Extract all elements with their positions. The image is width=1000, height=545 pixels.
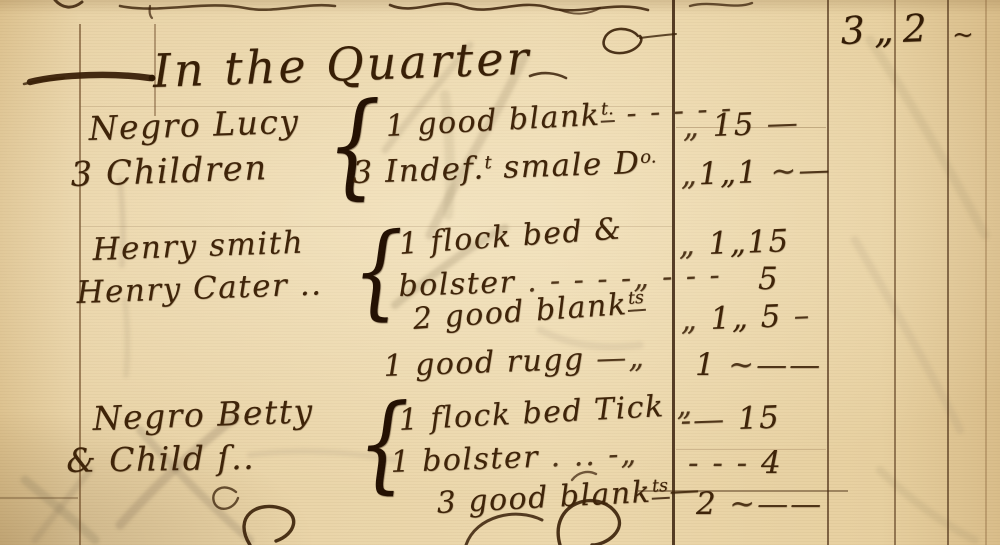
amount: 15 xyxy=(737,400,781,437)
entry-name-text: 3 Children xyxy=(70,148,268,195)
entry-name-text: & Child ſ.. xyxy=(66,438,255,480)
entry-brace: { xyxy=(352,225,404,318)
amount: 15 xyxy=(712,106,756,143)
entry-name-text: Negro Betty xyxy=(92,391,314,438)
item-superscript: o. xyxy=(640,146,657,168)
amount: 1„1 xyxy=(698,154,759,192)
item-line: 3 Indef.t smale Do. xyxy=(352,147,657,189)
dash-tail: ~—— xyxy=(716,347,822,383)
entry-name-text: Henry smith xyxy=(92,225,305,268)
amount: 2 xyxy=(696,486,717,522)
item-text: 1 flock bed Tick xyxy=(398,389,666,438)
dash-tail: ~—— xyxy=(717,486,823,522)
item-amount-line: „1„1 ~— xyxy=(680,155,832,191)
item-amount-line: „ 15 — xyxy=(682,108,800,143)
entry-name: Negro Lucy xyxy=(88,105,300,145)
amount: 1„ 5 xyxy=(710,298,783,336)
total-value: 3„2 xyxy=(840,6,937,53)
entry-name: Negro Betty xyxy=(92,394,314,435)
quarter-total-tail-mark: ~ xyxy=(952,22,974,48)
item-amount-line: „ 1„ 5 – xyxy=(680,300,812,336)
entry-name: 3 Children xyxy=(70,151,268,192)
item-text: smale D xyxy=(491,145,641,186)
column-rule-money-2 xyxy=(894,0,896,545)
page-edge-crease xyxy=(985,0,987,545)
item-text: 1 bolster xyxy=(390,440,540,480)
item-line: 1 flock bed Tick „ xyxy=(398,391,694,436)
amount: 4 xyxy=(761,445,782,481)
entry-name: Henry Cater .. xyxy=(76,269,323,309)
item-amount-line: 2 ~—— xyxy=(696,489,823,520)
item-line: 1 good rugg —„ xyxy=(383,343,646,382)
amount: 5 xyxy=(758,261,779,297)
quarter-total-amount: 3„2 xyxy=(840,9,936,50)
dot-leader: —„ xyxy=(584,340,646,377)
item-text: 3 good blank xyxy=(436,475,652,521)
ditto-squiggle: ~ xyxy=(952,20,974,50)
faint-rule xyxy=(0,497,78,499)
item-amount-line: 5 xyxy=(758,264,779,295)
amount: 1 xyxy=(695,347,716,383)
item-text: 1 flock bed & xyxy=(398,211,624,262)
item-amount-line: - - - 4 xyxy=(688,448,782,479)
item-text: 3 Indef. xyxy=(352,150,485,191)
item-line: 1 bolster . .. -„ xyxy=(390,439,638,478)
dash-lead: „ xyxy=(680,301,711,338)
entry-name-text: Negro Lucy xyxy=(88,102,300,148)
item-line: 1 flock bed & xyxy=(398,214,623,260)
item-amount-line: „ 1„15 xyxy=(678,226,790,261)
entry-name: & Child ſ.. xyxy=(66,441,255,477)
brace-glyph: { xyxy=(352,211,405,331)
dash-lead: -— xyxy=(680,401,739,439)
ledger-page: In the Quarter 3„2 ~ Negro Lucy 3 Childr… xyxy=(0,0,1000,545)
item-amount-line: 1 ~—— xyxy=(695,350,822,381)
entry-name: Henry smith xyxy=(92,228,305,266)
dash-tail: — xyxy=(754,105,800,143)
amount: 1„15 xyxy=(708,223,790,262)
dash-lead: „ xyxy=(682,108,713,145)
item-text: 1 good blank xyxy=(385,98,601,144)
item-amount-line: -— 15 xyxy=(680,403,781,437)
item-line: 3 good blankts— xyxy=(436,475,702,519)
dot-leader: . .. -„ xyxy=(538,436,638,474)
item-text: 1 good rugg xyxy=(383,342,585,384)
dash-lead: „ xyxy=(680,156,699,193)
brace-glyph: { xyxy=(326,79,382,212)
column-rule-money-1 xyxy=(827,0,829,545)
dash-tail: ~— xyxy=(758,152,832,191)
column-rule-money-3 xyxy=(947,0,949,545)
dash-tail: – xyxy=(781,297,812,334)
item-superscript: ts xyxy=(651,476,670,500)
item-superscript: ts xyxy=(626,288,645,312)
entry-name-text: Henry Cater .. xyxy=(76,266,323,311)
